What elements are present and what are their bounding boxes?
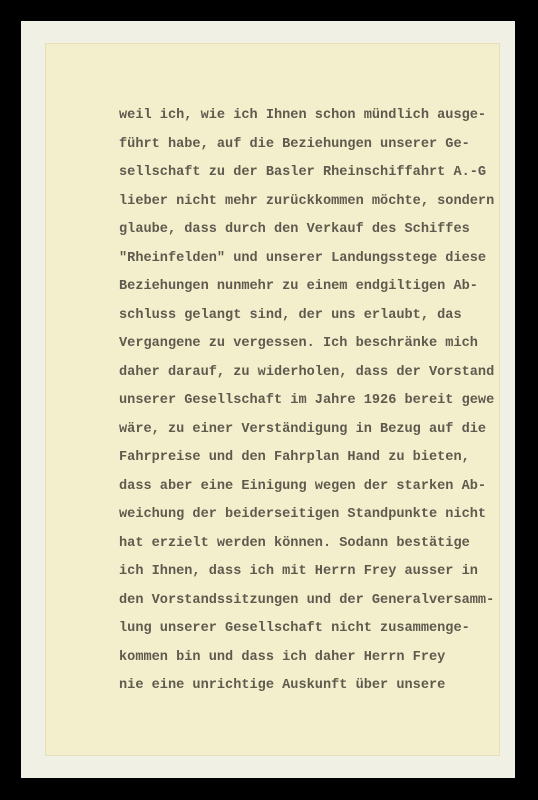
text-line: nie eine unrichtige Auskunft über unsere: [119, 672, 509, 701]
text-line: weil ich, wie ich Ihnen schon mündlich a…: [119, 102, 509, 131]
text-line: hat erzielt werden können. Sodann bestät…: [119, 530, 509, 559]
text-line: sellschaft zu der Basler Rheinschiffahrt…: [119, 159, 509, 188]
typewritten-text: weil ich, wie ich Ihnen schon mündlich a…: [119, 102, 509, 701]
text-line: den Vorstandssitzungen und der Generalve…: [119, 587, 509, 616]
text-line: weichung der beiderseitigen Standpunkte …: [119, 501, 509, 530]
text-line: wäre, zu einer Verständigung in Bezug au…: [119, 416, 509, 445]
text-line: Vergangene zu vergessen. Ich beschränke …: [119, 330, 509, 359]
text-line: ich Ihnen, dass ich mit Herrn Frey ausse…: [119, 558, 509, 587]
text-line: Fahrpreise und den Fahrplan Hand zu biet…: [119, 444, 509, 473]
text-line: lieber nicht mehr zurückkommen möchte, s…: [119, 188, 509, 217]
text-line: "Rheinfelden" und unserer Landungsstege …: [119, 245, 509, 274]
text-line: unserer Gesellschaft im Jahre 1926 berei…: [119, 387, 509, 416]
text-line: Beziehungen nunmehr zu einem endgiltigen…: [119, 273, 509, 302]
text-line: führt habe, auf die Beziehungen unserer …: [119, 131, 509, 160]
text-line: kommen bin und dass ich daher Herrn Frey: [119, 644, 509, 673]
text-line: glaube, dass durch den Verkauf des Schif…: [119, 216, 509, 245]
text-line: dass aber eine Einigung wegen der starke…: [119, 473, 509, 502]
text-line: schluss gelangt sind, der uns erlaubt, d…: [119, 302, 509, 331]
text-line: daher darauf, zu widerholen, dass der Vo…: [119, 359, 509, 388]
text-line: lung unserer Gesellschaft nicht zusammen…: [119, 615, 509, 644]
